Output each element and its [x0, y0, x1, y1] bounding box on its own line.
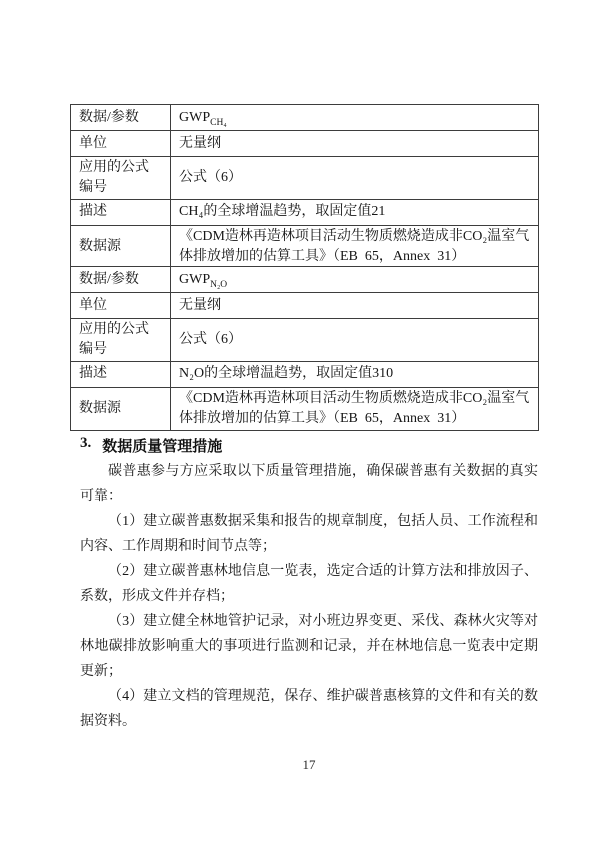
document-page: 数据/参数 GWPCH₄ 单位 无量纲 应用的公式编号 公式（6） 描述 CH₄…: [0, 0, 600, 848]
parameter-symbol: GWP: [179, 272, 210, 287]
table-row: 描述 N₂O的全球增温趋势，取固定值310: [71, 361, 539, 387]
table-row: 数据源 《CDM造林再造林项目活动生物质燃烧造成非CO₂温室气体排放增加的估算工…: [71, 387, 539, 430]
table-row: 数据/参数 GWPN₂O: [71, 267, 539, 293]
paragraph: （4）建立文档的管理规范，保存、维护碳普惠核算的文件和有关的数据资料。: [80, 684, 538, 734]
paragraph: （1）建立碳普惠数据采集和报告的规章制度，包括人员、工作流程和内容、工作周期和时…: [80, 509, 538, 559]
table-row: 单位 无量纲: [71, 293, 539, 319]
row-label: 数据/参数: [71, 267, 171, 293]
page-number: 17: [80, 757, 538, 773]
row-label: 描述: [71, 361, 171, 387]
parameter-subscript: CH₄: [210, 117, 227, 127]
paragraph: （2）建立碳普惠林地信息一览表，选定合适的计算方法和排放因子、系数，形成文件并存…: [80, 559, 538, 609]
row-label: 描述: [71, 199, 171, 225]
row-value: 无量纲: [171, 131, 539, 157]
row-label: 应用的公式编号: [71, 319, 171, 362]
row-label: 单位: [71, 293, 171, 319]
gwp-ch4-parameter-table: 数据/参数 GWPCH₄ 单位 无量纲 应用的公式编号 公式（6） 描述 CH₄…: [70, 104, 539, 269]
row-label: 数据源: [71, 387, 171, 430]
parameter-symbol: GWP: [179, 110, 210, 125]
paragraph: （3）建立健全林地管护记录，对小班边界变更、采伐、森林火灾等对林地碳排放影响重大…: [80, 609, 538, 684]
row-value: N₂O的全球增温趋势，取固定值310: [171, 361, 539, 387]
row-value: 公式（6）: [171, 157, 539, 200]
row-label: 应用的公式编号: [71, 157, 171, 200]
row-value: 《CDM造林再造林项目活动生物质燃烧造成非CO₂温室气体排放增加的估算工具》（E…: [171, 225, 539, 268]
section-heading: 3. 数据质量管理措施: [80, 435, 538, 456]
table-row: 应用的公式编号 公式（6）: [71, 157, 539, 200]
row-value: 公式（6）: [171, 319, 539, 362]
row-value: GWPCH₄: [171, 105, 539, 131]
row-value: 无量纲: [171, 293, 539, 319]
table-row: 数据/参数 GWPCH₄: [71, 105, 539, 131]
row-value: GWPN₂O: [171, 267, 539, 293]
row-label: 数据/参数: [71, 105, 171, 131]
table-row: 描述 CH₄的全球增温趋势，取固定值21: [71, 199, 539, 225]
section-body: 碳普惠参与方应采取以下质量管理措施，确保碳普惠有关数据的真实可靠： （1）建立碳…: [80, 459, 538, 734]
gwp-n2o-parameter-table: 数据/参数 GWPN₂O 单位 无量纲 应用的公式编号 公式（6） 描述 N₂O…: [70, 266, 539, 431]
section-title: 数据质量管理措施: [102, 435, 222, 456]
table-row: 数据源 《CDM造林再造林项目活动生物质燃烧造成非CO₂温室气体排放增加的估算工…: [71, 225, 539, 268]
table-row: 应用的公式编号 公式（6）: [71, 319, 539, 362]
row-label: 数据源: [71, 225, 171, 268]
section-number: 3.: [80, 435, 91, 456]
row-value: CH₄的全球增温趋势，取固定值21: [171, 199, 539, 225]
row-label: 单位: [71, 131, 171, 157]
table-row: 单位 无量纲: [71, 131, 539, 157]
paragraph: 碳普惠参与方应采取以下质量管理措施，确保碳普惠有关数据的真实可靠：: [80, 459, 538, 509]
parameter-subscript: N₂O: [210, 279, 227, 289]
row-value: 《CDM造林再造林项目活动生物质燃烧造成非CO₂温室气体排放增加的估算工具》（E…: [171, 387, 539, 430]
